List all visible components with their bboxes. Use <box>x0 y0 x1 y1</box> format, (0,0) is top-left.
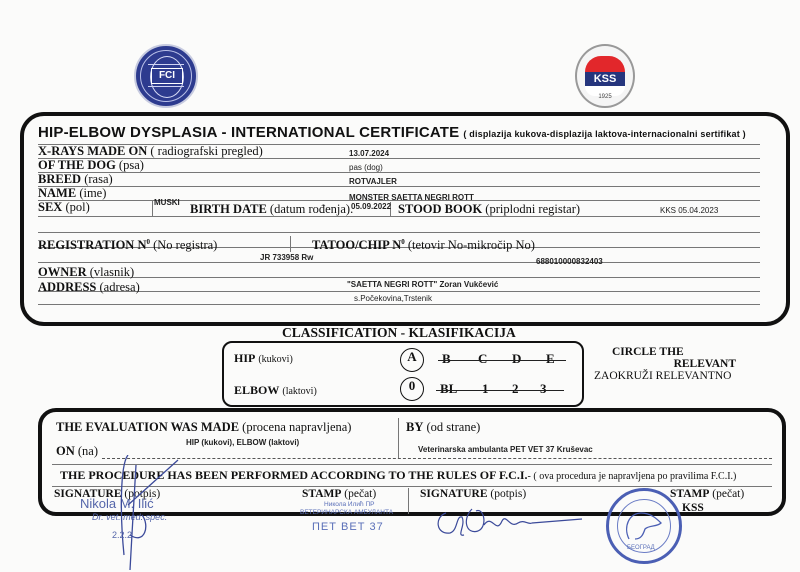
signature1-number: 2.2.2 <box>112 530 132 540</box>
certificate-title: HIP-ELBOW DYSPLASIA - INTERNATIONAL CERT… <box>38 124 746 141</box>
breed-label: BREED (rasa) <box>38 172 113 187</box>
evaluation-made-label: THE EVALUATION WAS MADE (procena napravl… <box>56 420 351 435</box>
divider <box>408 488 409 514</box>
note-line-2: RELEVANT <box>594 358 736 370</box>
xrays-value: 13.07.2024 <box>349 149 389 158</box>
stamp2-value: KSS <box>682 502 704 514</box>
stamp1-line-2: ВЕТЕРИНАРСКА АМБУЛАНТА <box>300 509 393 516</box>
sex-label: SEX (pol) <box>38 200 90 215</box>
tattoo-value: 688010000832403 <box>536 257 603 266</box>
circle-instruction: CIRCLE THE RELEVANT ZAOKRUŽI RELEVANTNO <box>594 346 736 382</box>
title-subtitle: ( displazija kukova-displazija laktova-i… <box>463 129 745 139</box>
by-value: Veterinarska ambulanta PET VET 37 Krušev… <box>418 445 593 454</box>
signature2-scribble-icon <box>432 495 592 555</box>
birth-date-value: 05.09.2022 <box>351 202 391 211</box>
kss-logo-icon: KSS 1925 <box>575 44 635 108</box>
hip-grade-d: D <box>512 351 521 367</box>
address-value: s.Počekovina,Trstenik <box>354 294 432 303</box>
elbow-grade-bl: BL <box>440 381 457 397</box>
registration-value: JR 733958 Rw <box>260 253 313 262</box>
stamp1-line-1: Никола Илић ПР <box>324 501 374 508</box>
name-label: NAME (ime) <box>38 186 106 201</box>
stood-book-label: STOOD BOOK (priplodni registar) <box>398 202 580 217</box>
elbow-grade-3: 3 <box>540 381 547 397</box>
name-value: MONSTER SAETTA NEGRI ROTT <box>349 193 474 202</box>
hip-strikethrough <box>438 360 566 361</box>
elbow-grade-selected: 0 <box>400 377 424 401</box>
certificate-box: HIP-ELBOW DYSPLASIA - INTERNATIONAL CERT… <box>20 112 790 326</box>
stood-book-value: KKS 05.04.2023 <box>660 206 718 215</box>
classification-box: HIP (kukovi) A B C D E ELBOW (laktovi) 0… <box>222 341 584 407</box>
breed-value: ROTVAJLER <box>349 177 397 186</box>
divider <box>38 172 760 173</box>
elbow-grade-1: 1 <box>482 381 489 397</box>
divider <box>38 277 760 278</box>
elbow-grade-2: 2 <box>512 381 519 397</box>
hip-grade-selected: A <box>400 348 424 372</box>
title-text: HIP-ELBOW DYSPLASIA - INTERNATIONAL CERT… <box>38 124 459 141</box>
hip-grade-b: B <box>442 351 451 367</box>
divider <box>38 262 760 263</box>
by-label: BY (od strane) <box>406 420 480 435</box>
owner-value: "SAETTA NEGRI ROTT" Zoran Vukčević <box>347 280 498 289</box>
divider <box>152 200 153 216</box>
stamp1-label: STAMP (pečat) <box>302 488 376 500</box>
elbow-label: ELBOW (laktovi) <box>234 383 317 398</box>
elbow-strikethrough <box>436 390 564 391</box>
stamp1-line-3: ПЕТ ВЕТ 37 <box>312 521 384 533</box>
fci-logo-text: FCI <box>151 68 183 84</box>
on-dashed-line <box>102 458 772 459</box>
address-label: ADDRESS (adresa) <box>38 280 140 295</box>
kss-logo-text: KSS <box>585 72 625 86</box>
dog-head-icon <box>623 509 663 543</box>
dog-value: pas (dog) <box>349 163 383 172</box>
kss-stamp-icon: БЕОГРАД <box>606 488 682 564</box>
evaluation-made-value: HIP (kukovi), ELBOW (laktovi) <box>186 438 299 447</box>
kss-logo-year: 1925 <box>577 94 633 100</box>
stamp2-label: STAMP (pečat) <box>670 488 744 500</box>
tattoo-label: TATOO/CHIP N0 (tetovir No-mikročip No) <box>312 238 535 253</box>
divider <box>38 186 760 187</box>
divider <box>290 236 291 252</box>
kss-stamp-ring-text: БЕОГРАД <box>627 545 655 551</box>
registration-label: REGISTRATION N0 (No registra) <box>38 238 217 253</box>
note-line-1: CIRCLE THE <box>594 346 736 358</box>
dog-label: OF THE DOG (psa) <box>38 158 144 173</box>
classification-title: CLASSIFICATION - KLASIFIKACIJA <box>282 325 516 341</box>
divider <box>38 232 760 233</box>
divider <box>38 304 760 305</box>
birth-date-label: BIRTH DATE (datum rođenja). <box>190 202 353 217</box>
hip-grade-c: C <box>478 351 487 367</box>
xrays-label: X-RAYS MADE ON ( radiografski pregled) <box>38 144 263 159</box>
signature1-scribble-icon <box>90 455 200 572</box>
sex-value: MUSKI <box>154 198 180 207</box>
owner-label: OWNER (vlasnik) <box>38 265 134 280</box>
divider <box>398 418 399 458</box>
note-line-3: ZAOKRUŽI RELEVANTNO <box>594 370 736 382</box>
hip-grade-e: E <box>546 351 555 367</box>
hip-label: HIP (kukovi) <box>234 351 293 366</box>
fci-logo-icon: FCI <box>134 44 198 108</box>
divider <box>38 291 760 292</box>
